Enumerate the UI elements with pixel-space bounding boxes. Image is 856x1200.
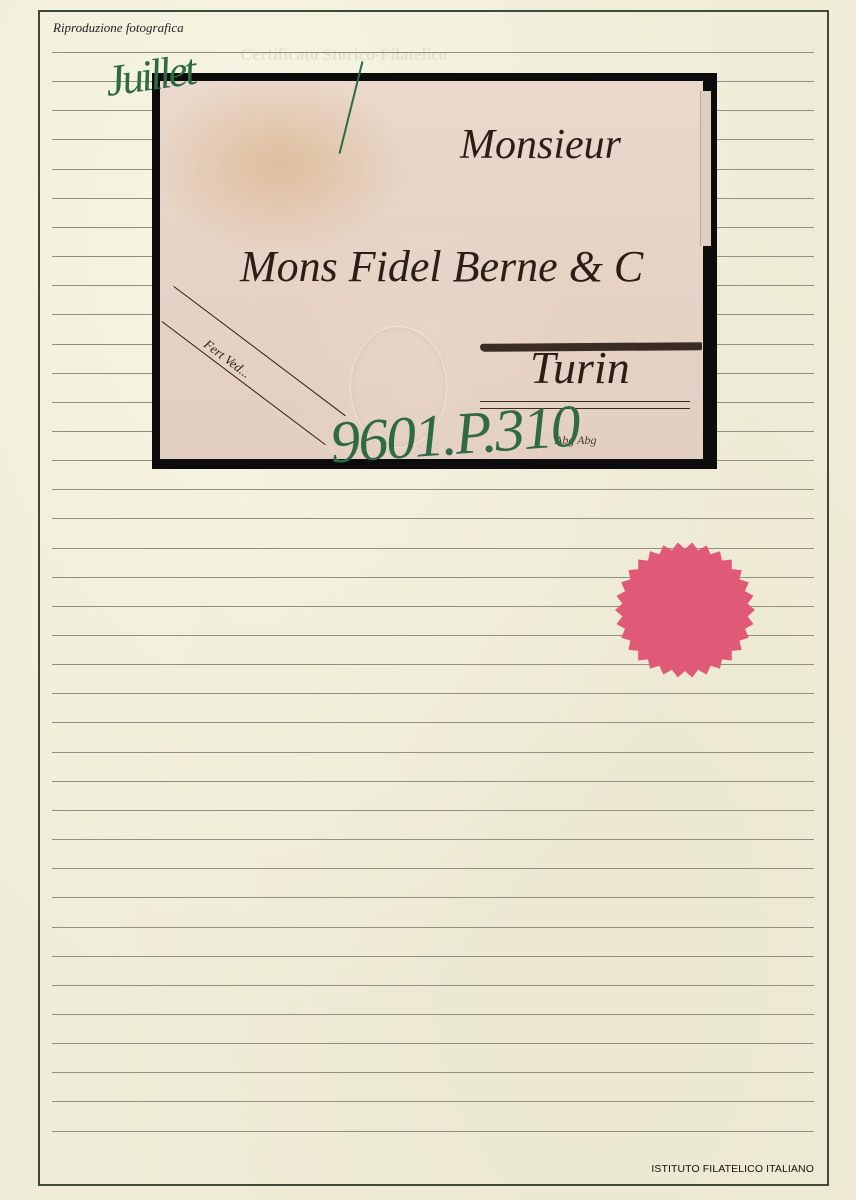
address-line-3: Turin: [530, 341, 630, 394]
letter-flap-edge: [700, 91, 711, 246]
address-line-1: Monsieur: [460, 121, 621, 169]
header-label: Riproduzione fotografica: [53, 20, 184, 36]
address-line-2: Mons Fidel Berne & C: [240, 241, 643, 292]
diagonal-note: Fert Ved...: [201, 336, 254, 381]
diagonal-rule: [173, 286, 345, 416]
footer-label: ISTITUTO FILATELICO ITALIANO: [651, 1163, 814, 1175]
seal-sticker-icon: [612, 540, 758, 680]
